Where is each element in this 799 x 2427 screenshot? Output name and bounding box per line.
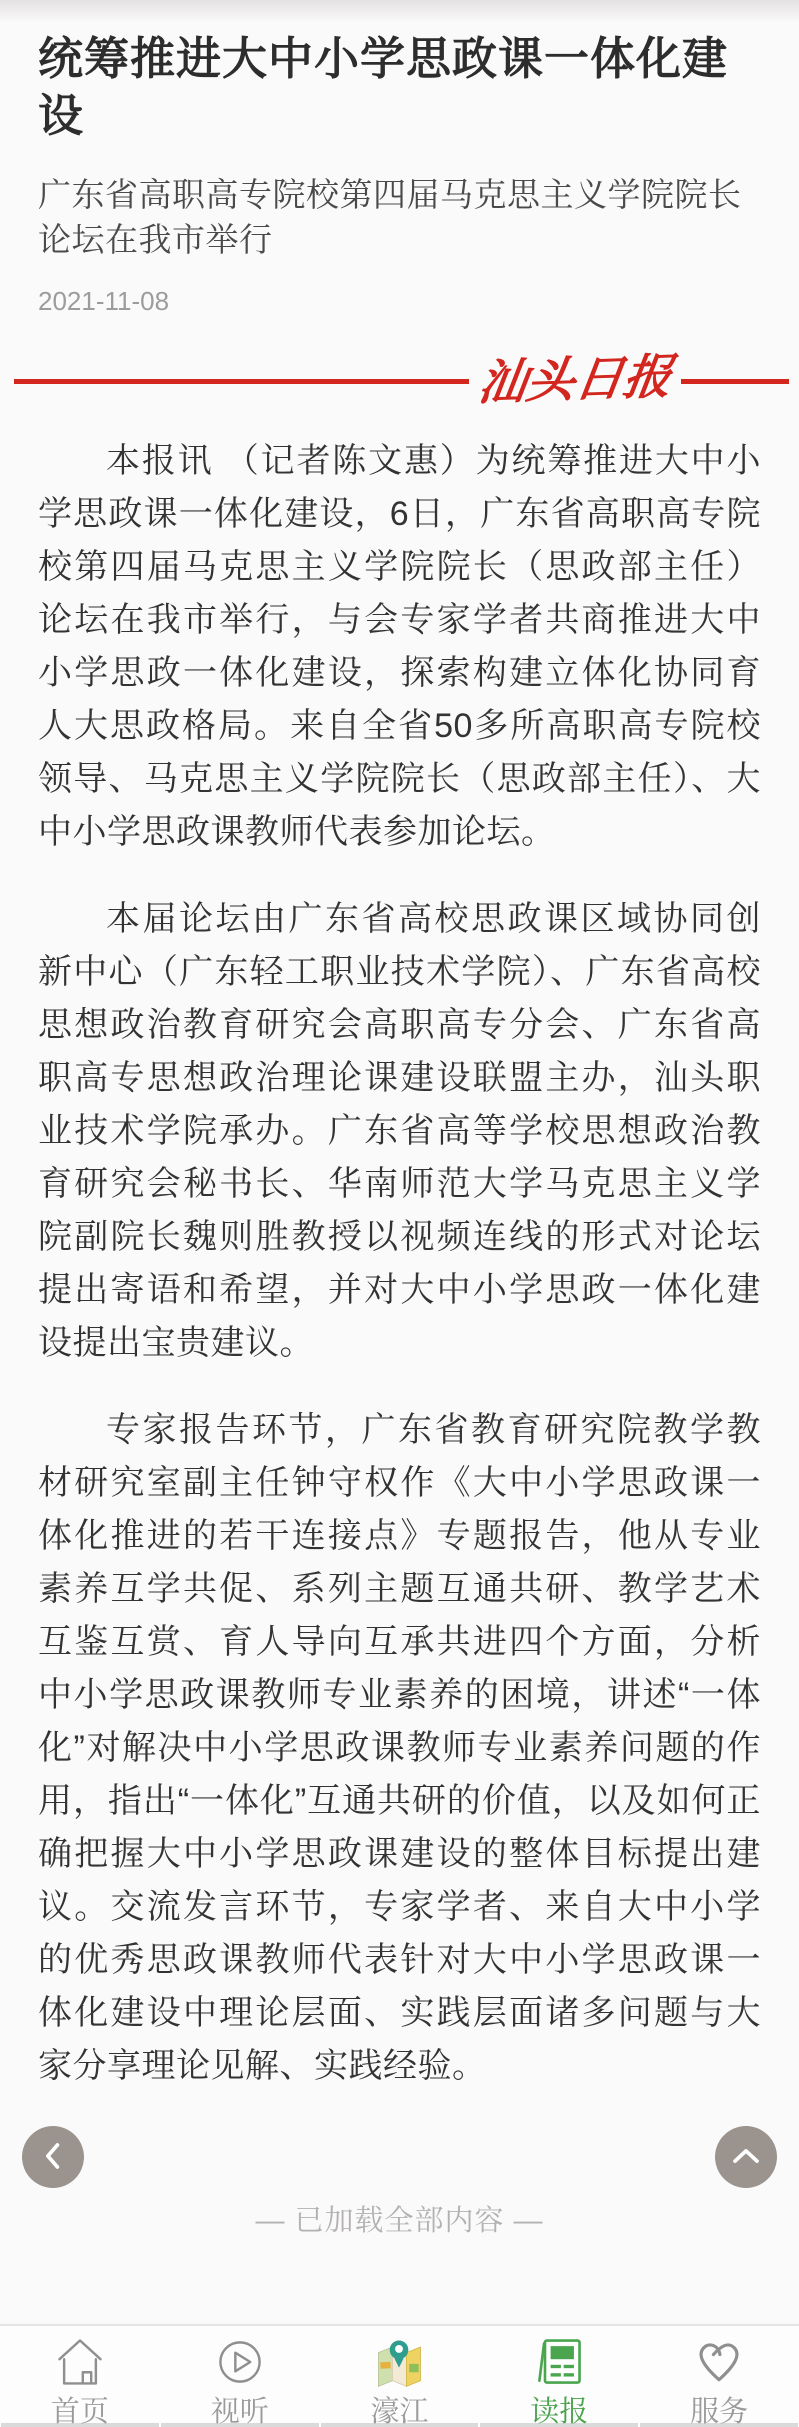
masthead: 汕头日报 [14, 337, 789, 425]
tab-haojiang[interactable]: 濠江 [321, 2326, 479, 2427]
tab-label: 濠江 [370, 2397, 428, 2427]
article-paragraph: 本报讯 （记者陈文惠）为统筹推进大中小学思政课一体化建设，6日，广东省高职高专院… [38, 435, 761, 859]
chevron-up-icon [724, 2134, 768, 2181]
article-paragraph: 专家报告环节，广东省教育研究院教学教材研究室副主任钟守权作《大中小学思政课一体化… [38, 1404, 761, 2093]
tab-reader[interactable]: 读报 [480, 2326, 638, 2427]
masthead-rule-right [681, 379, 789, 384]
play-circle-icon [212, 2334, 268, 2395]
loaded-all-status: — 已加载全部内容 — [0, 2198, 799, 2239]
chevron-left-icon [31, 2134, 75, 2181]
tab-label: 首页 [51, 2397, 109, 2427]
article-date: 2021-11-08 [38, 286, 761, 317]
article-paragraph: 本届论坛由广东省高校思政课区域协同创新中心（广东轻工职业技术学院）、广东省高校思… [38, 893, 761, 1370]
newspaper-icon [531, 2334, 587, 2395]
masthead-logo: 汕头日报 [465, 353, 685, 408]
article-body: 本报讯 （记者陈文惠）为统筹推进大中小学思政课一体化建设，6日，广东省高职高专院… [0, 425, 799, 2093]
article-header: 统筹推进大中小学思政课一体化建设 广东省高职高专院校第四届马克思主义学院院长论坛… [0, 0, 799, 317]
tab-services[interactable]: 服务 [640, 2326, 798, 2427]
back-button[interactable] [22, 2126, 84, 2188]
masthead-rule-left [14, 379, 469, 384]
heart-icon [691, 2334, 747, 2395]
page-subtitle: 广东省高职高专院校第四届马克思主义学院院长论坛在我市举行 [38, 172, 761, 262]
scroll-to-top-button[interactable] [715, 2126, 777, 2188]
page-title: 统筹推进大中小学思政课一体化建设 [38, 30, 761, 144]
tab-label: 读报 [530, 2397, 588, 2427]
tab-label: 视听 [211, 2397, 269, 2427]
tab-home[interactable]: 首页 [1, 2326, 159, 2427]
bottom-tabbar: 首页 视听 濠江 [0, 2324, 799, 2427]
tab-video[interactable]: 视听 [161, 2326, 319, 2427]
tab-label: 服务 [690, 2397, 748, 2427]
home-icon [52, 2334, 108, 2395]
map-pin-icon [371, 2334, 427, 2395]
